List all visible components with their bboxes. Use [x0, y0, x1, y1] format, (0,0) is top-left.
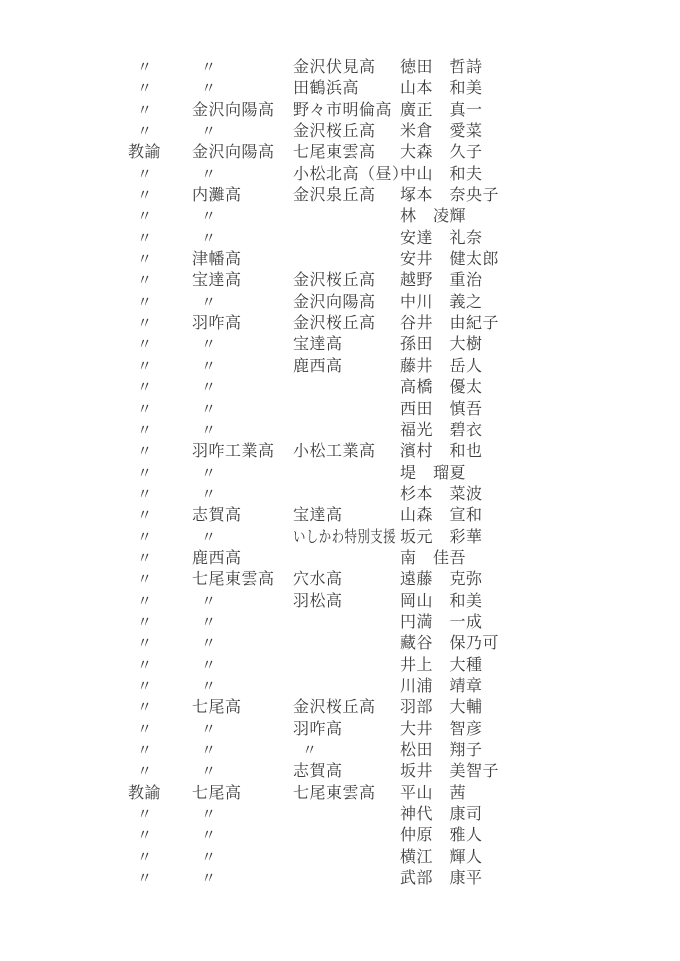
school-to-cell: 〃	[192, 719, 217, 740]
position-cell: 〃	[128, 100, 153, 121]
name-cell: 松田 翔子	[400, 740, 483, 761]
name-cell: 中山 和夫	[400, 164, 483, 185]
position-cell: 〃	[128, 719, 153, 740]
school-to-cell: 〃	[192, 57, 217, 78]
school-to-cell: 〃	[192, 228, 217, 249]
table-row: 〃 〃 井上 大種	[0, 655, 680, 676]
school-from-cell: 金沢泉丘高	[293, 185, 376, 206]
school-to-cell: 〃	[192, 868, 217, 889]
table-row: 〃 〃 横江 輝人	[0, 847, 680, 868]
table-row: 〃 鹿西高 南 佳吾	[0, 548, 680, 569]
school-from-cell: 七尾東雲高	[293, 142, 376, 163]
school-to-cell: 〃	[192, 612, 217, 633]
name-cell: 山森 宣和	[400, 505, 483, 526]
position-cell: 〃	[128, 249, 153, 270]
school-to-cell: 〃	[192, 825, 217, 846]
school-to-cell: 〃	[192, 484, 217, 505]
school-from-cell: いしかわ特別支援	[293, 527, 396, 548]
table-row: 〃 〃 〃 松田 翔子	[0, 740, 680, 761]
name-cell: 谷井 由紀子	[400, 313, 499, 334]
table-row: 〃 〃 いしかわ特別支援 坂元 彩華	[0, 527, 680, 548]
position-cell: 〃	[128, 527, 153, 548]
table-row: 〃 〃 宝達高 孫田 大樹	[0, 334, 680, 355]
name-cell: 福光 碧衣	[400, 420, 483, 441]
school-from-cell: 鹿西高	[293, 356, 343, 377]
position-cell: 〃	[128, 228, 153, 249]
position-cell: 〃	[128, 356, 153, 377]
table-row: 〃 〃 羽咋高 大井 智彦	[0, 719, 680, 740]
name-cell: 円満 一成	[400, 612, 483, 633]
school-from-cell: 志賀高	[293, 761, 343, 782]
table-row: 〃 〃 仲原 雅人	[0, 825, 680, 846]
name-cell: 藤井 岳人	[400, 356, 483, 377]
table-row: 〃 〃 田鶴浜高 山本 和美	[0, 78, 680, 99]
school-from-cell: 小松工業高	[293, 441, 376, 462]
name-cell: 横江 輝人	[400, 847, 483, 868]
position-cell: 〃	[128, 399, 153, 420]
position-cell: 〃	[128, 868, 153, 889]
school-to-cell: 〃	[192, 399, 217, 420]
school-to-cell: 志賀高	[192, 505, 242, 526]
school-to-cell: 羽咋工業高	[192, 441, 275, 462]
school-to-cell: 〃	[192, 164, 217, 185]
name-cell: 杉本 菜波	[400, 484, 483, 505]
position-cell: 〃	[128, 57, 153, 78]
name-cell: 羽部 大輔	[400, 697, 483, 718]
table-row: 〃 羽咋工業高 小松工業高 濱村 和也	[0, 441, 680, 462]
name-cell: 坂元 彩華	[400, 527, 483, 548]
position-cell: 〃	[128, 185, 153, 206]
school-to-cell: 〃	[192, 527, 217, 548]
school-to-cell: 金沢向陽高	[192, 142, 275, 163]
name-cell: 遠藤 克弥	[400, 569, 483, 590]
table-row: 〃 〃 志賀高 坂井 美智子	[0, 761, 680, 782]
position-cell: 〃	[128, 505, 153, 526]
table-row: 〃 〃 鹿西高 藤井 岳人	[0, 356, 680, 377]
school-from-cell: 小松北高（昼）	[293, 164, 409, 185]
name-cell: 安達 礼奈	[400, 228, 483, 249]
name-cell: 米倉 愛菜	[400, 121, 483, 142]
position-cell: 〃	[128, 825, 153, 846]
position-cell: 〃	[128, 740, 153, 761]
table-row: 〃 〃 堤 瑠夏	[0, 463, 680, 484]
school-to-cell: 〃	[192, 78, 217, 99]
table-row: 〃 志賀高 宝達高 山森 宣和	[0, 505, 680, 526]
position-cell: 〃	[128, 569, 153, 590]
position-cell: 〃	[128, 548, 153, 569]
school-from-cell: 金沢桜丘高	[293, 697, 376, 718]
position-cell: 〃	[128, 633, 153, 654]
school-from-cell: 田鶴浜高	[293, 78, 359, 99]
position-cell: 〃	[128, 334, 153, 355]
table-row: 〃 〃 藏谷 保乃可	[0, 633, 680, 654]
table-row: 〃 〃 福光 碧衣	[0, 420, 680, 441]
school-to-cell: 津幡高	[192, 249, 242, 270]
table-row: 〃 〃 円満 一成	[0, 612, 680, 633]
name-cell: 南 佳吾	[400, 548, 466, 569]
table-row: 〃 〃 杉本 菜波	[0, 484, 680, 505]
position-cell: 〃	[128, 420, 153, 441]
table-row: 教諭 七尾高 七尾東雲高 平山 茜	[0, 783, 680, 804]
table-row: 〃 羽咋高 金沢桜丘高 谷井 由紀子	[0, 313, 680, 334]
table-row: 〃 〃 金沢伏見高 徳田 哲詩	[0, 57, 680, 78]
table-row: 〃 〃 金沢向陽高 中川 義之	[0, 292, 680, 313]
name-cell: 仲原 雅人	[400, 825, 483, 846]
position-cell: 〃	[128, 655, 153, 676]
school-to-cell: 鹿西高	[192, 548, 242, 569]
table-row: 〃 〃 神代 康司	[0, 804, 680, 825]
table-row: 〃 〃 高橋 優太	[0, 377, 680, 398]
name-cell: 孫田 大樹	[400, 334, 483, 355]
position-cell: 教諭	[128, 142, 161, 163]
school-from-cell: 金沢伏見高	[293, 57, 376, 78]
school-from-cell: 金沢桜丘高	[293, 313, 376, 334]
school-from-cell: 〃	[293, 740, 318, 761]
school-to-cell: 〃	[192, 761, 217, 782]
table-row: 〃 〃 武部 康平	[0, 868, 680, 889]
school-from-cell: 羽咋高	[293, 719, 343, 740]
position-cell: 〃	[128, 463, 153, 484]
table-row: 〃 〃 金沢桜丘高 米倉 愛菜	[0, 121, 680, 142]
school-from-cell: 金沢桜丘高	[293, 121, 376, 142]
position-cell: 教諭	[128, 783, 161, 804]
school-to-cell: 〃	[192, 292, 217, 313]
table-row: 〃 七尾高 金沢桜丘高 羽部 大輔	[0, 697, 680, 718]
name-cell: 平山 茜	[400, 783, 466, 804]
school-to-cell: 内灘高	[192, 185, 242, 206]
school-from-cell: 金沢桜丘高	[293, 270, 376, 291]
school-from-cell: 七尾東雲高	[293, 783, 376, 804]
school-to-cell: 〃	[192, 377, 217, 398]
name-cell: 中川 義之	[400, 292, 483, 313]
school-to-cell: 〃	[192, 206, 217, 227]
table-row: 〃 〃 西田 慎吾	[0, 399, 680, 420]
position-cell: 〃	[128, 612, 153, 633]
position-cell: 〃	[128, 484, 153, 505]
name-cell: 坂井 美智子	[400, 761, 499, 782]
position-cell: 〃	[128, 697, 153, 718]
name-cell: 井上 大種	[400, 655, 483, 676]
position-cell: 〃	[128, 206, 153, 227]
table-row: 教諭 金沢向陽高 七尾東雲高 大森 久子	[0, 142, 680, 163]
table-row: 〃 金沢向陽高 野々市明倫高 廣正 真一	[0, 100, 680, 121]
school-from-cell: 金沢向陽高	[293, 292, 376, 313]
table-row: 〃 〃 羽松高 岡山 和美	[0, 591, 680, 612]
table-row: 〃 津幡高 安井 健太郎	[0, 249, 680, 270]
school-from-cell: 野々市明倫高	[293, 100, 392, 121]
position-cell: 〃	[128, 164, 153, 185]
school-to-cell: 〃	[192, 420, 217, 441]
name-cell: 安井 健太郎	[400, 249, 499, 270]
name-cell: 武部 康平	[400, 868, 483, 889]
school-from-cell: 羽松高	[293, 591, 343, 612]
name-cell: 山本 和美	[400, 78, 483, 99]
position-cell: 〃	[128, 591, 153, 612]
school-to-cell: 〃	[192, 847, 217, 868]
school-to-cell: 金沢向陽高	[192, 100, 275, 121]
school-from-cell: 宝達高	[293, 505, 343, 526]
name-cell: 西田 慎吾	[400, 399, 483, 420]
school-to-cell: 七尾東雲高	[192, 569, 275, 590]
name-cell: 神代 康司	[400, 804, 483, 825]
school-from-cell: 穴水高	[293, 569, 343, 590]
position-cell: 〃	[128, 761, 153, 782]
table-row: 〃 七尾東雲高 穴水高 遠藤 克弥	[0, 569, 680, 590]
name-cell: 高橋 優太	[400, 377, 483, 398]
school-from-cell: 宝達高	[293, 334, 343, 355]
table-row: 〃 内灘高 金沢泉丘高 塚本 奈央子	[0, 185, 680, 206]
name-cell: 堤 瑠夏	[400, 463, 466, 484]
name-cell: 藏谷 保乃可	[400, 633, 499, 654]
position-cell: 〃	[128, 847, 153, 868]
school-to-cell: 〃	[192, 633, 217, 654]
name-cell: 川浦 靖章	[400, 676, 483, 697]
table-row: 〃 〃 林 凌輝	[0, 206, 680, 227]
position-cell: 〃	[128, 292, 153, 313]
school-to-cell: 〃	[192, 463, 217, 484]
position-cell: 〃	[128, 78, 153, 99]
name-cell: 大森 久子	[400, 142, 483, 163]
table-row: 〃 宝達高 金沢桜丘高 越野 重治	[0, 270, 680, 291]
school-to-cell: 〃	[192, 655, 217, 676]
school-to-cell: 〃	[192, 356, 217, 377]
school-to-cell: 〃	[192, 334, 217, 355]
position-cell: 〃	[128, 377, 153, 398]
position-cell: 〃	[128, 313, 153, 334]
school-to-cell: 〃	[192, 676, 217, 697]
school-to-cell: 宝達高	[192, 270, 242, 291]
document-page: 〃 〃 金沢伏見高 徳田 哲詩 〃 〃 田鶴浜高 山本 和美 〃 金沢向陽高 野…	[0, 0, 680, 961]
school-to-cell: 七尾高	[192, 697, 242, 718]
position-cell: 〃	[128, 804, 153, 825]
school-to-cell: 〃	[192, 804, 217, 825]
name-cell: 徳田 哲詩	[400, 57, 483, 78]
name-cell: 塚本 奈央子	[400, 185, 499, 206]
position-cell: 〃	[128, 121, 153, 142]
school-to-cell: 〃	[192, 591, 217, 612]
name-cell: 越野 重治	[400, 270, 483, 291]
transfer-table: 〃 〃 金沢伏見高 徳田 哲詩 〃 〃 田鶴浜高 山本 和美 〃 金沢向陽高 野…	[0, 57, 680, 889]
name-cell: 大井 智彦	[400, 719, 483, 740]
name-cell: 林 凌輝	[400, 206, 466, 227]
position-cell: 〃	[128, 270, 153, 291]
position-cell: 〃	[128, 676, 153, 697]
name-cell: 岡山 和美	[400, 591, 483, 612]
name-cell: 廣正 真一	[400, 100, 483, 121]
school-to-cell: 羽咋高	[192, 313, 242, 334]
position-cell: 〃	[128, 441, 153, 462]
name-cell: 濱村 和也	[400, 441, 483, 462]
table-row: 〃 〃 安達 礼奈	[0, 228, 680, 249]
school-to-cell: 〃	[192, 740, 217, 761]
school-to-cell: 〃	[192, 121, 217, 142]
school-to-cell: 七尾高	[192, 783, 242, 804]
table-row: 〃 〃 川浦 靖章	[0, 676, 680, 697]
table-row: 〃 〃 小松北高（昼） 中山 和夫	[0, 164, 680, 185]
